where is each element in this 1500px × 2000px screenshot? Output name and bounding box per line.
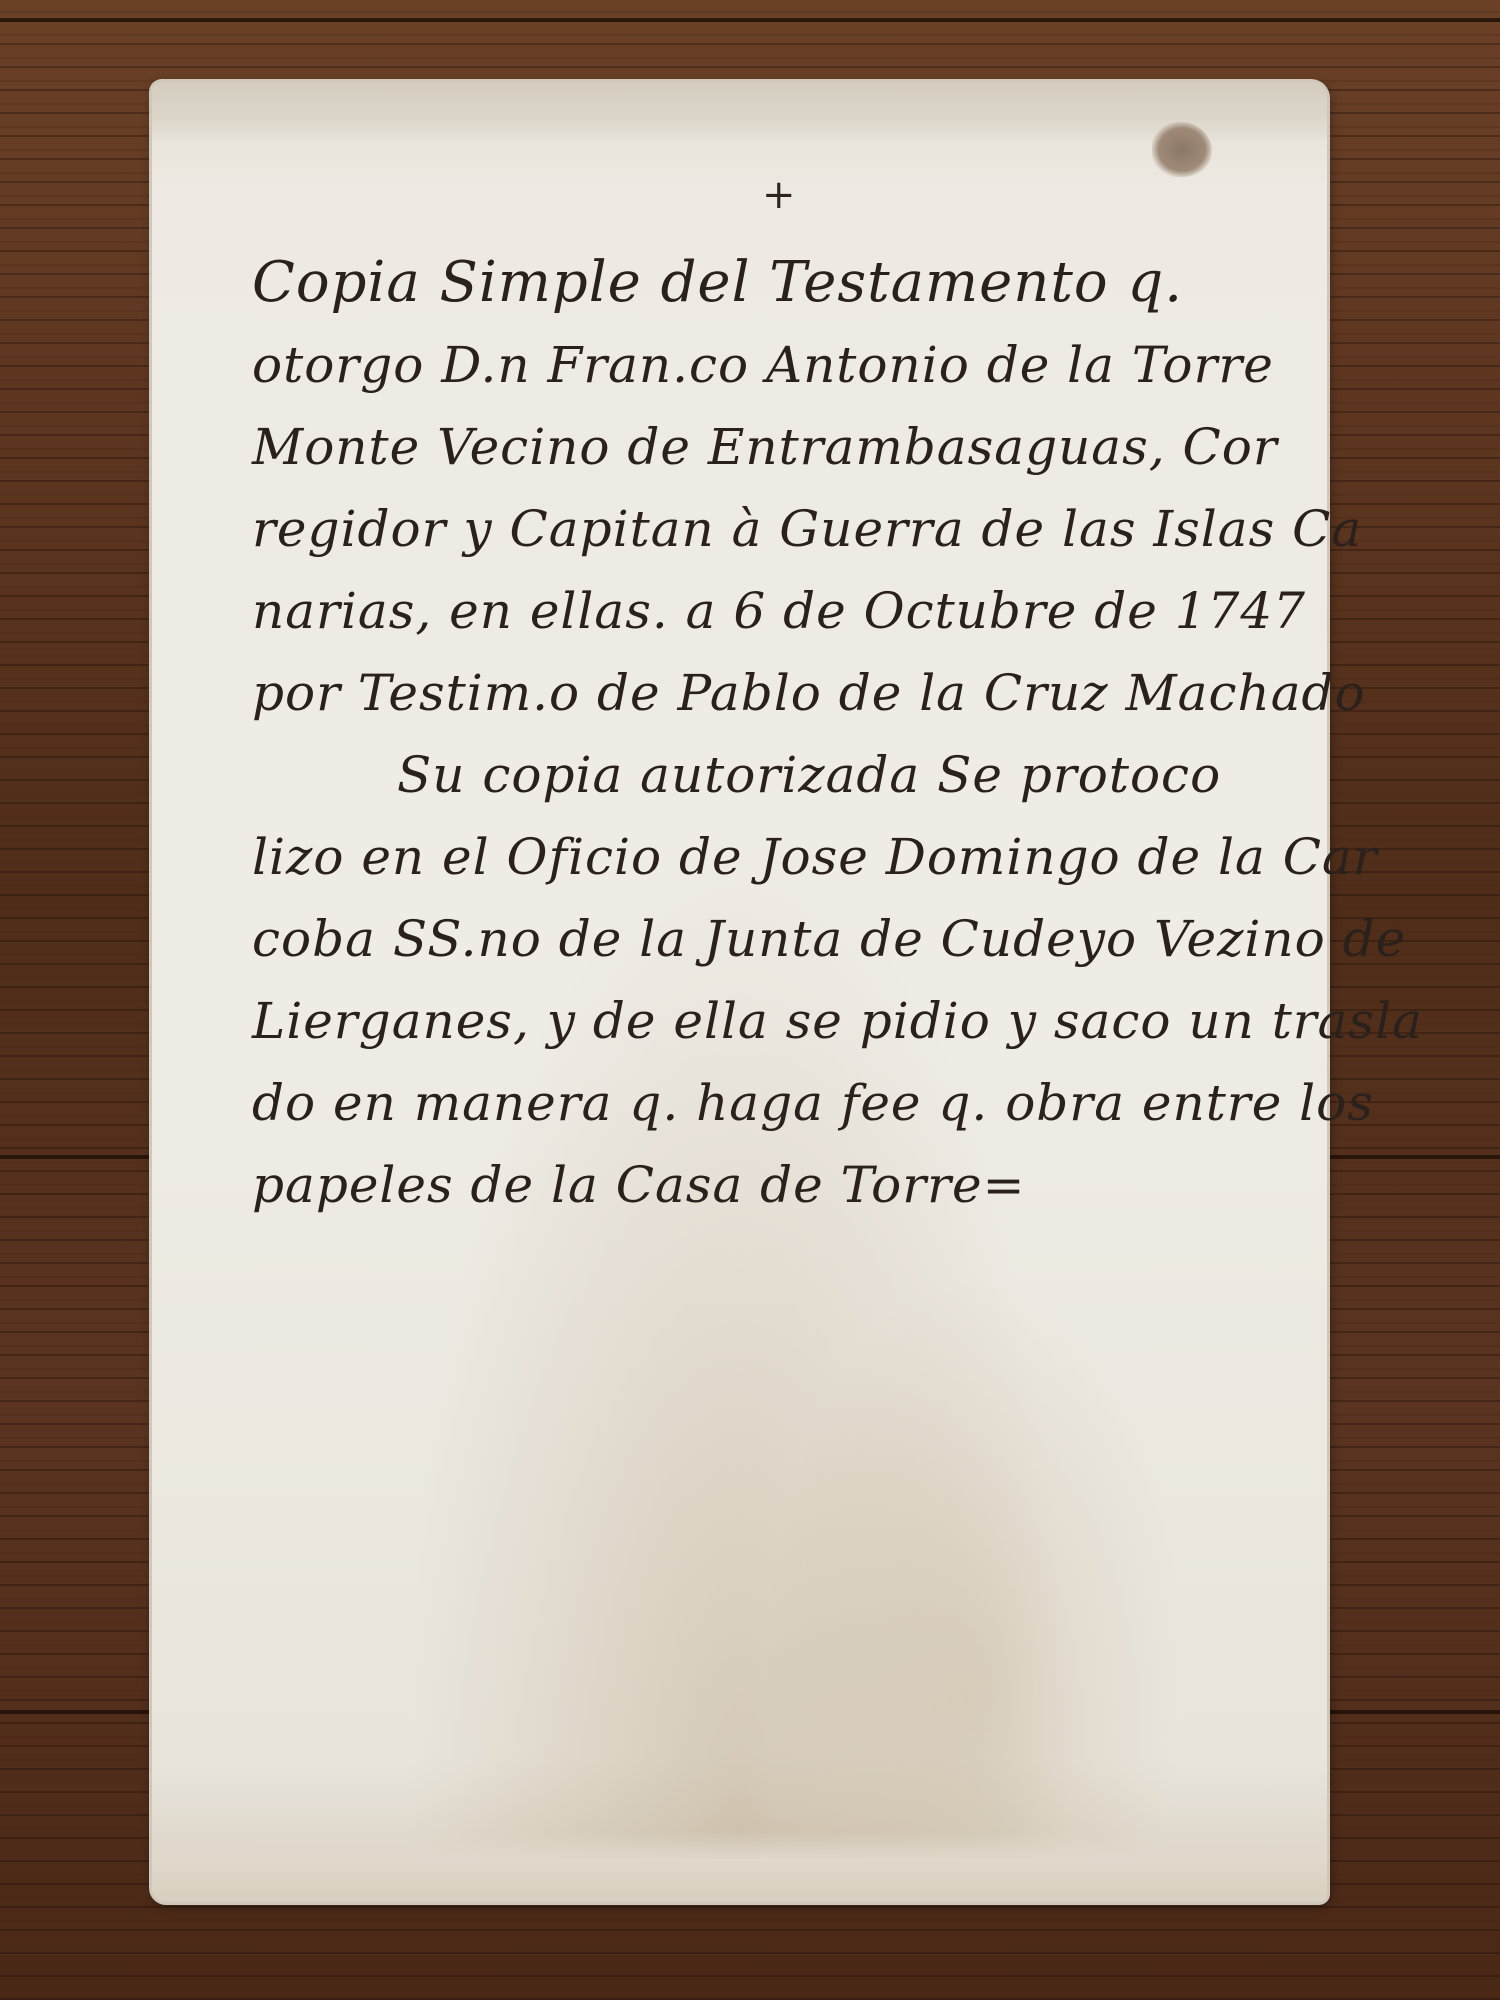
manuscript-line: narias, en ellas. a 6 de Octubre de 1747 <box>252 570 1302 652</box>
cross-header-mark: + <box>762 172 796 218</box>
wood-plank-seam <box>0 18 1500 22</box>
manuscript-line: coba SS.no de la Junta de Cudeyo Vezino … <box>252 898 1302 980</box>
manuscript-line: regidor y Capitan à Guerra de las Islas … <box>252 488 1302 570</box>
manuscript-line: papeles de la Casa de Torre= <box>252 1144 1302 1226</box>
manuscript-line: por Testim.o de Pablo de la Cruz Machado <box>252 652 1302 734</box>
manuscript-text: Copia Simple del Testamento q. otorgo D.… <box>252 242 1302 1226</box>
page-bottom-fold <box>152 1832 1327 1902</box>
manuscript-line: Lierganes, y de ella se pidio y saco un … <box>252 980 1302 1062</box>
manuscript-line-paragraph-start: Su copia autorizada Se protoco <box>252 734 1302 816</box>
page-top-fold <box>152 82 1327 142</box>
manuscript-page: + Copia Simple del Testamento q. otorgo … <box>152 82 1327 1902</box>
paper-stain <box>1152 122 1212 177</box>
manuscript-line: do en manera q. haga fee q. obra entre l… <box>252 1062 1302 1144</box>
manuscript-line: otorgo D.n Fran.co Antonio de la Torre <box>252 324 1302 406</box>
manuscript-line: Monte Vecino de Entrambasaguas, Cor <box>252 406 1302 488</box>
manuscript-line-title: Copia Simple del Testamento q. <box>252 242 1302 324</box>
manuscript-line: lizo en el Oficio de Jose Domingo de la … <box>252 816 1302 898</box>
